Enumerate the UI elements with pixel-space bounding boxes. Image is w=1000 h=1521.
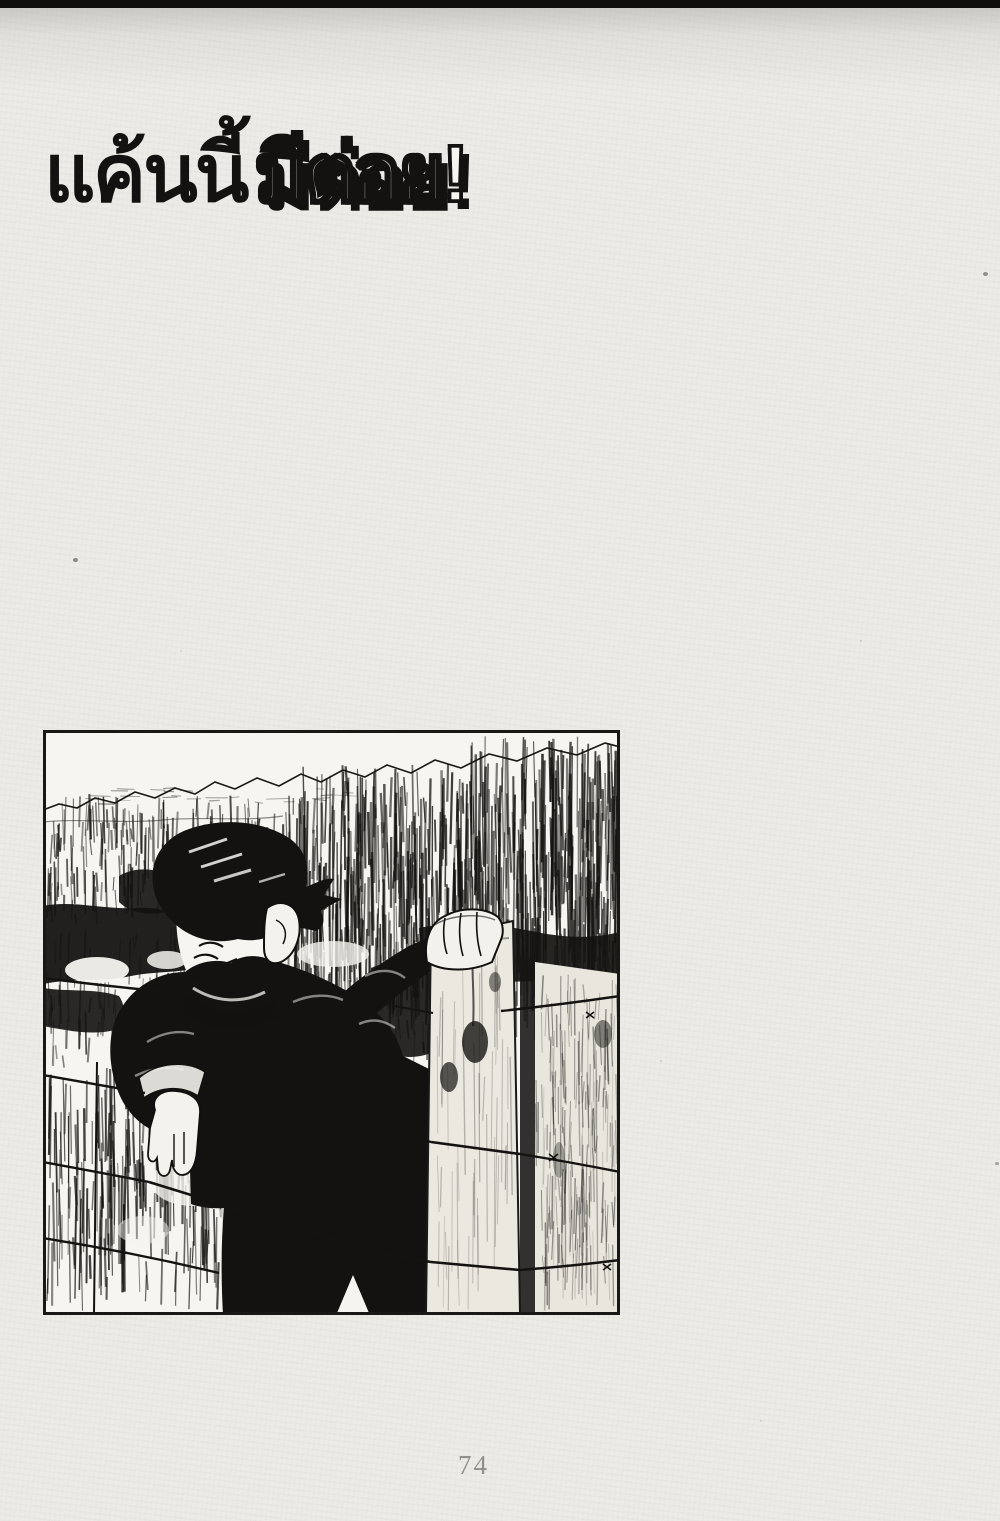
page-title: แค้นนี้มีต่อย! (44, 124, 466, 224)
manga-panel (43, 730, 620, 1315)
scan-speck (995, 1162, 999, 1165)
scan-speck (760, 1420, 762, 1422)
page-number: 74 (458, 1450, 489, 1481)
scan-speck (180, 650, 182, 652)
scanned-manga-page: แค้นนี้มีต่อย! (0, 0, 1000, 1521)
scan-speck (312, 196, 315, 199)
scan-speck (860, 640, 862, 642)
scan-speck (660, 1060, 662, 1062)
scan-speck (983, 272, 988, 276)
scan-edge-fade (0, 8, 1000, 34)
scan-edge-top (0, 0, 1000, 8)
panel-illustration (43, 730, 620, 1315)
title-solid-text: แค้นนี้ (44, 129, 246, 218)
title-outlined-text: มีต่อย! (254, 129, 465, 218)
scan-speck (73, 558, 78, 562)
